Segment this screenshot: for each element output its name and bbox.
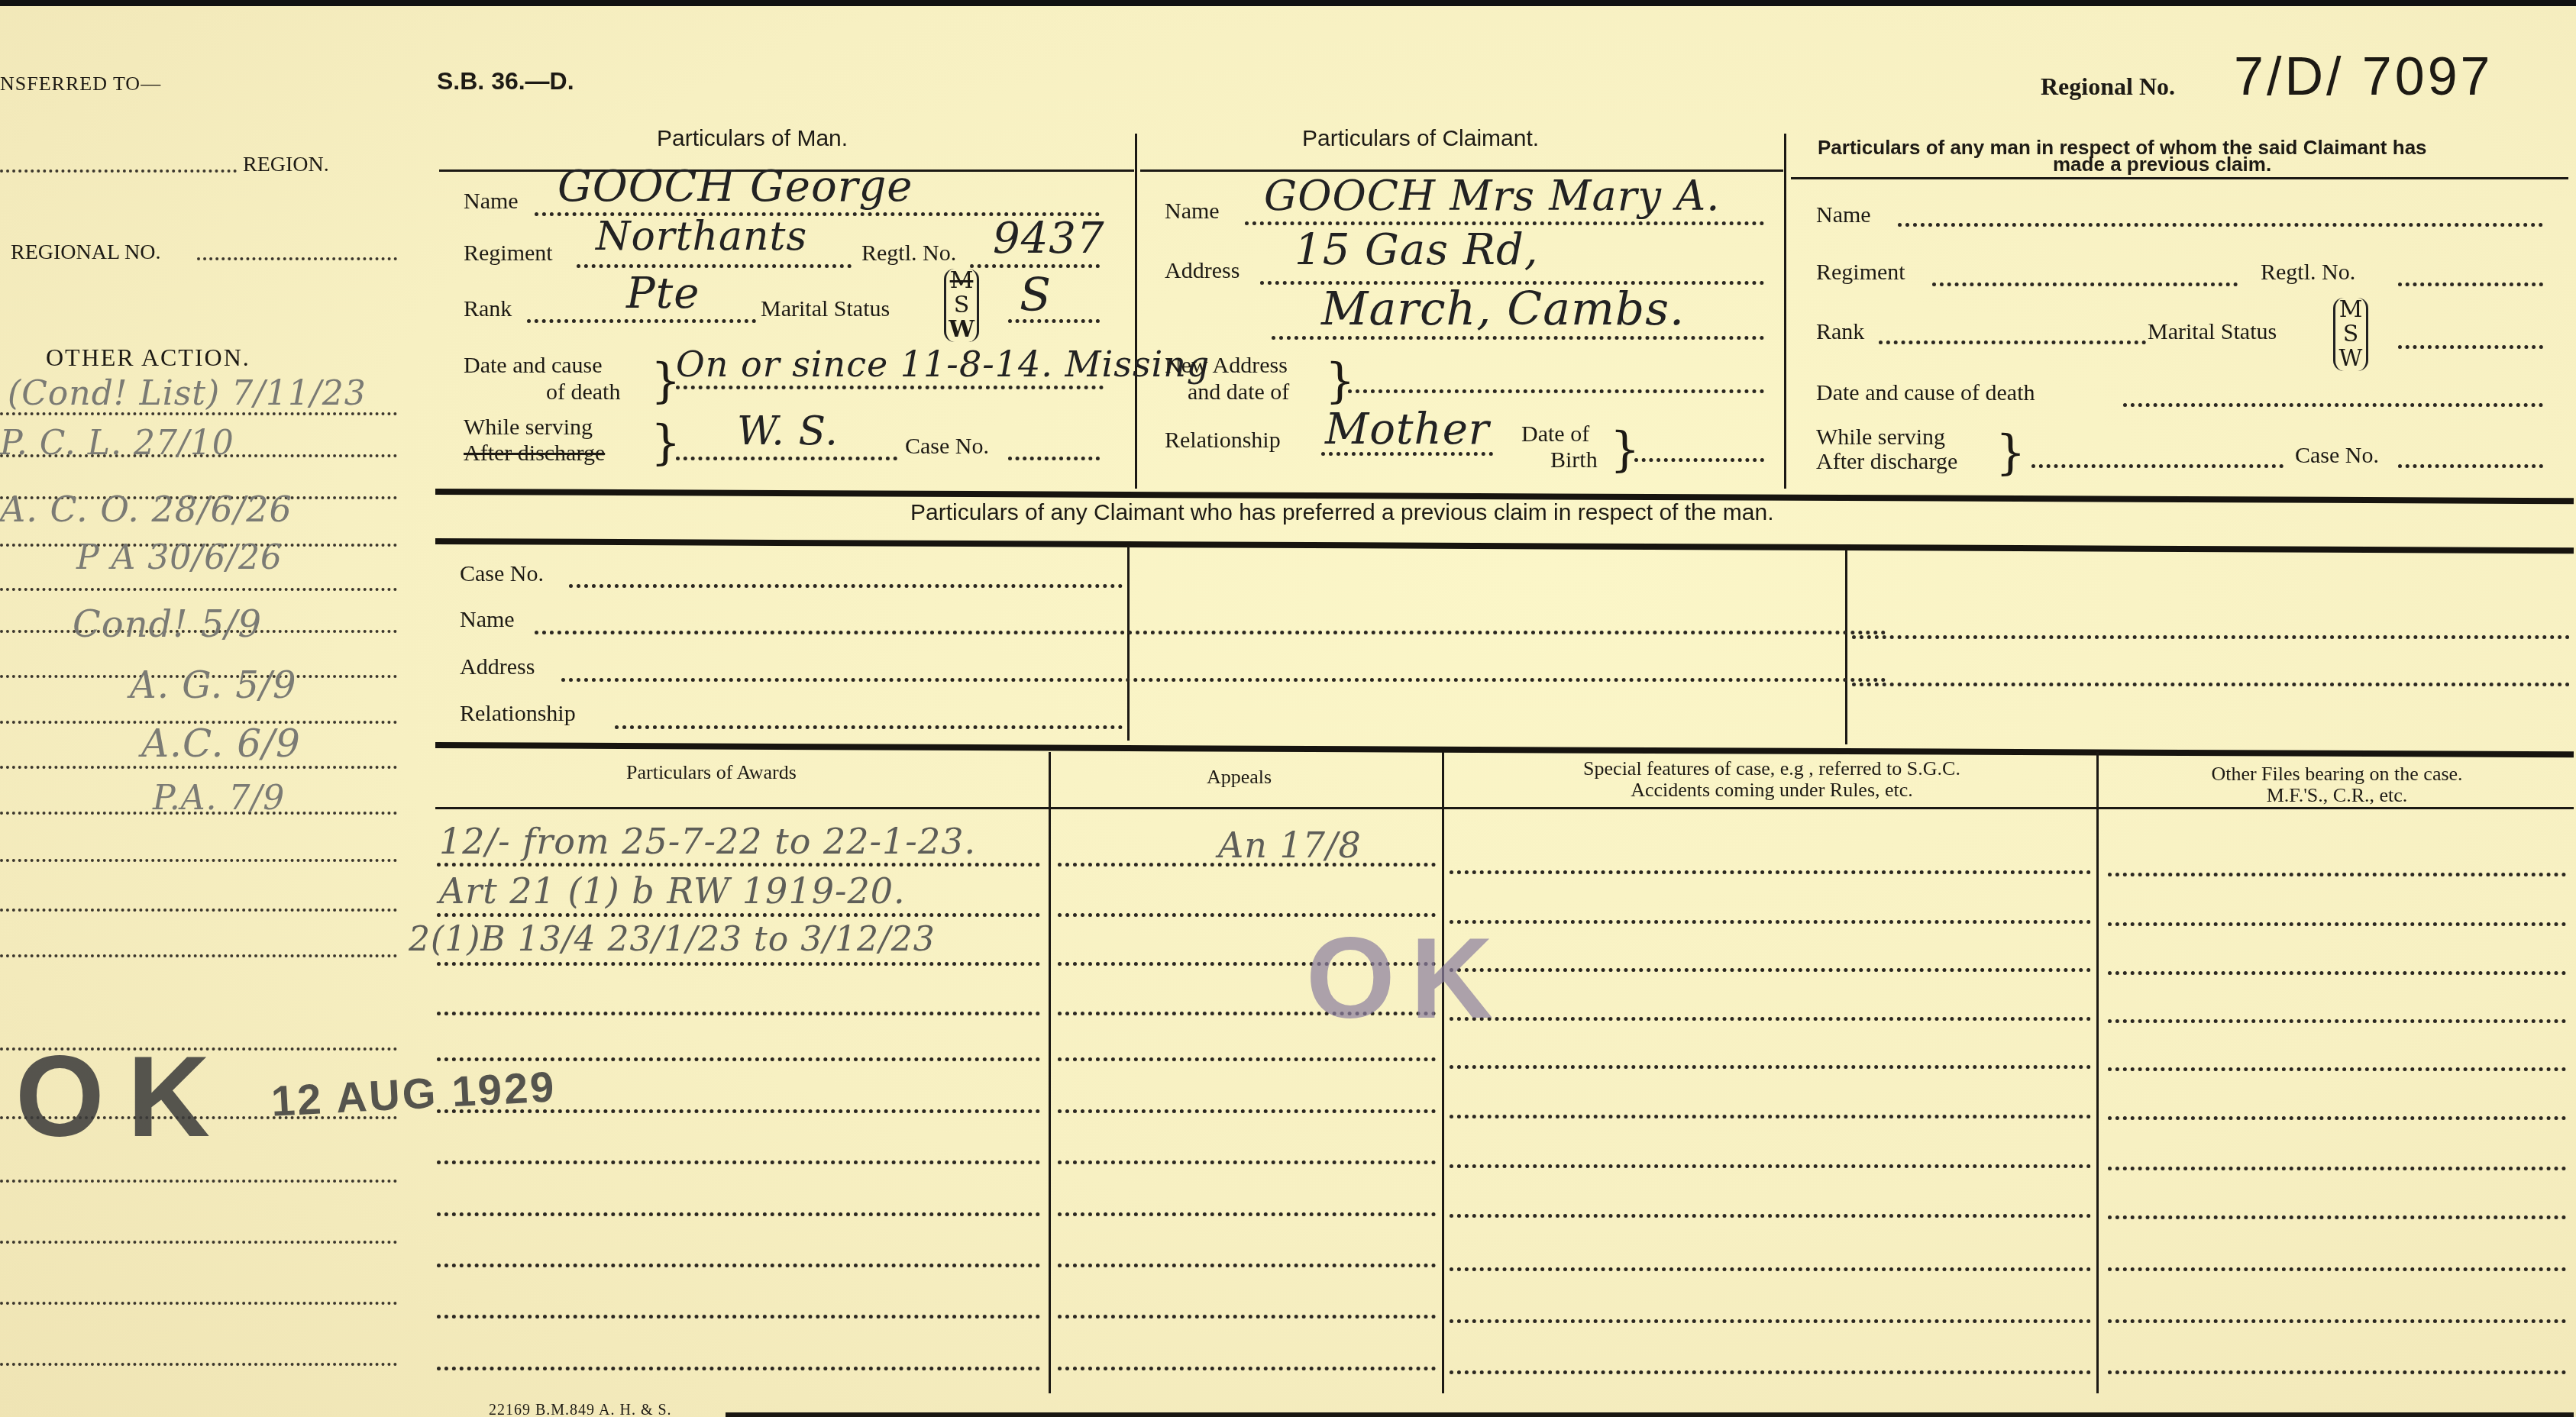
previous-man-rank-field <box>1879 341 2146 344</box>
previous-claimant-relationship-label: Relationship <box>460 701 576 727</box>
appeals-line <box>1058 1109 1436 1113</box>
previous-claimant-address-field-3 <box>1852 683 2570 686</box>
divider <box>1845 550 1847 744</box>
other-files-line <box>2108 1116 2566 1120</box>
divider <box>1784 134 1786 489</box>
marital-option-w: W <box>946 318 977 342</box>
marital-option-s: S <box>2335 322 2366 347</box>
special-line <box>1450 920 2091 924</box>
man-death-field <box>676 386 1104 389</box>
previous-claimant-header: Particulars of any Claimant who has pref… <box>910 500 1774 526</box>
claimant-address-field-2 <box>1272 336 1764 340</box>
man-death-label-1: Date and cause <box>464 353 603 379</box>
appeals-line <box>1058 1367 1436 1370</box>
region-label: REGION. <box>243 153 329 177</box>
previous-man-rank-label: Rank <box>1816 319 1864 345</box>
brace: } <box>1610 421 1640 477</box>
left-regional-no-label: REGIONAL NO. <box>11 240 161 265</box>
col-header-appeals: Appeals <box>1207 766 1272 789</box>
previous-man-regiment-field <box>1932 282 2238 286</box>
other-action-line <box>0 1302 397 1305</box>
previous-claimant-relationship-field <box>615 725 1123 729</box>
man-case-no-label: Case No. <box>905 434 989 460</box>
appeals-line <box>1058 1315 1436 1319</box>
other-action-entry: P. C. L. 27/10 <box>0 424 234 463</box>
previous-man-name-field <box>1898 223 2543 227</box>
man-regiment-value[interactable]: Northants <box>596 214 807 260</box>
rule <box>435 807 2574 809</box>
claimant-section-header: Particulars of Claimant. <box>1302 126 1539 152</box>
previous-claimant-address-field <box>561 678 1886 682</box>
awards-line <box>437 1212 1040 1216</box>
col-header-other-files: Other Files bearing on the case. M.F.'S.… <box>2104 763 2570 806</box>
previous-man-death-label: Date and cause of death <box>1816 380 2035 406</box>
previous-man-while-serving-label: While serving <box>1816 424 1945 450</box>
appeal-entry[interactable]: An 17/8 <box>1218 825 1362 866</box>
man-regtl-no-label: Regtl. No. <box>861 240 956 266</box>
awards-line <box>437 1315 1040 1319</box>
other-files-line <box>2108 1215 2566 1219</box>
marital-option-s: S <box>946 293 977 318</box>
other-action-line <box>0 859 397 862</box>
claimant-name-label: Name <box>1165 199 1220 224</box>
other-action-line <box>0 954 397 957</box>
column-divider <box>1049 752 1051 1393</box>
scan-edge <box>0 0 2576 6</box>
pension-record-card: NSFERRED TO— REGION. REGIONAL NO. OTHER … <box>0 0 2576 1417</box>
other-action-line <box>0 1363 397 1366</box>
rule <box>1791 177 2568 179</box>
other-action-entry: P A 30/6/26 <box>76 538 283 577</box>
man-marital-value[interactable]: S <box>1020 269 1052 322</box>
appeals-line <box>1058 1057 1436 1061</box>
awards-line <box>437 1367 1040 1370</box>
claimant-address-line2[interactable]: March, Cambs. <box>1321 282 1685 336</box>
other-action-line <box>0 909 397 912</box>
award-entry[interactable]: Art 21 (1) b RW 1919-20. <box>439 870 906 912</box>
man-death-value[interactable]: On or since 11-8-14. Missing <box>676 344 1210 385</box>
claimant-new-address-label-2: and date of <box>1188 379 1289 405</box>
man-marital-options: M S W <box>944 269 979 342</box>
other-files-line <box>2108 873 2566 876</box>
claimant-dob-label-2: Birth <box>1550 447 1598 473</box>
other-action-entry: A. G. 5/9 <box>130 664 297 707</box>
marital-option-w: W <box>2335 347 2366 371</box>
other-files-line <box>2108 1167 2566 1170</box>
previous-man-case-no-field <box>2398 464 2543 468</box>
man-while-serving-label: While serving <box>464 415 593 441</box>
claimant-new-address-label-1: New Address <box>1165 353 1288 379</box>
other-files-line <box>2108 1067 2566 1071</box>
other-action-entry: (Cond! List) 7/11/23 <box>8 374 367 413</box>
special-line <box>1450 1214 2091 1218</box>
printer-mark: 22169 B.M.849 A. H. & S. <box>489 1402 672 1417</box>
claimant-relationship-value[interactable]: Mother <box>1325 405 1490 454</box>
claimant-relationship-label: Relationship <box>1165 428 1281 454</box>
previous-man-after-discharge-label: After discharge <box>1816 449 1957 475</box>
awards-line <box>437 1264 1040 1267</box>
other-action-line <box>0 1180 397 1183</box>
other-action-line <box>0 1241 397 1244</box>
award-entry[interactable]: 2(1)B 13/4 23/1/23 to 3/12/23 <box>409 920 936 959</box>
previous-man-service-field <box>2031 464 2283 468</box>
marital-option-m: M <box>946 269 977 293</box>
other-action-line <box>0 766 397 769</box>
ok-stamp-left: OK <box>15 1031 233 1163</box>
previous-claimant-name-field <box>535 631 1886 634</box>
other-files-line <box>2108 922 2566 926</box>
previous-claimant-name-label: Name <box>460 607 515 633</box>
man-regtl-no-field <box>970 264 1100 268</box>
special-line <box>1450 1065 2091 1069</box>
special-line <box>1450 1017 2091 1021</box>
bottom-edge <box>726 1412 2574 1417</box>
man-case-no-field <box>1008 457 1100 460</box>
awards-line <box>437 863 1040 867</box>
other-action-label: OTHER ACTION. <box>46 344 250 372</box>
col-header-special-features: Special features of case, e.g , referred… <box>1451 758 2093 801</box>
awards-line <box>437 1160 1040 1164</box>
claimant-address-label: Address <box>1165 258 1240 284</box>
man-marital-label: Marital Status <box>761 296 890 322</box>
man-name-value[interactable]: GOOCH George <box>558 162 913 211</box>
previous-man-marital-label: Marital Status <box>2148 319 2277 345</box>
claimant-address-line1[interactable]: 15 Gas Rd, <box>1294 225 1539 275</box>
award-entry[interactable]: 12/- from 25-7-22 to 22-1-23. <box>439 821 976 862</box>
heavy-rule <box>435 538 2574 554</box>
previous-man-regiment-label: Regiment <box>1816 260 1905 286</box>
brace: } <box>1325 353 1355 408</box>
special-line <box>1450 870 2091 874</box>
column-divider <box>1442 752 1444 1393</box>
special-line <box>1450 1164 2091 1168</box>
other-action-line <box>0 588 397 591</box>
heavy-rule <box>435 742 2574 757</box>
man-regtl-no-value[interactable]: 9437 <box>993 214 1105 263</box>
special-line <box>1450 1370 2091 1374</box>
other-action-entry: P.A. 7/9 <box>153 779 285 818</box>
man-service-value[interactable]: W. S. <box>737 408 839 454</box>
special-line <box>1450 968 2091 972</box>
other-action-entry: A.C. 6/9 <box>141 721 301 766</box>
other-files-line <box>2108 1267 2566 1271</box>
previous-man-marital-options: M S W <box>2333 298 2368 371</box>
man-regiment-field <box>577 264 852 268</box>
awards-line <box>437 962 1040 966</box>
regional-no-value: 7/D/ 7097 <box>2234 46 2494 107</box>
man-rank-field <box>527 319 756 323</box>
previous-claimant-case-no-label: Case No. <box>460 561 544 587</box>
other-files-line <box>2108 1019 2566 1023</box>
special-line <box>1450 1267 2091 1271</box>
divider <box>1127 546 1130 741</box>
man-rank-label: Rank <box>464 296 512 322</box>
previous-man-regtl-no-label: Regtl. No. <box>2261 260 2355 286</box>
other-files-line <box>2108 1319 2566 1323</box>
region-field <box>0 169 237 173</box>
previous-man-case-no-label: Case No. <box>2295 443 2379 469</box>
claimant-dob-label-1: Date of <box>1521 421 1589 447</box>
other-action-entry: Cond! 5/9 <box>73 603 262 646</box>
form-code: S.B. 36.—D. <box>437 67 574 95</box>
special-line <box>1450 1115 2091 1118</box>
column-divider <box>2096 752 2099 1393</box>
divider <box>1135 134 1137 489</box>
date-stamp: 12 AUG 1929 <box>270 1061 558 1125</box>
appeals-line <box>1058 1264 1436 1267</box>
awards-line <box>437 913 1040 917</box>
appeals-line <box>1058 1160 1436 1164</box>
marital-option-m: M <box>2335 298 2366 322</box>
awards-line <box>437 1109 1040 1113</box>
previous-claimant-name-field-3 <box>1852 635 2570 639</box>
awards-line <box>437 1012 1040 1015</box>
man-death-label-2: of death <box>546 379 620 405</box>
previous-claimant-address-label: Address <box>460 654 535 680</box>
regional-no-label: Regional No. <box>2041 73 2175 101</box>
ok-stamp-purple: OK <box>1306 912 1508 1044</box>
appeals-line <box>1058 1212 1436 1216</box>
awards-line <box>437 1057 1040 1061</box>
claimant-dob-field <box>1634 458 1764 462</box>
previous-man-name-label: Name <box>1816 202 1871 228</box>
man-name-label: Name <box>464 189 519 215</box>
man-section-header: Particulars of Man. <box>657 126 848 152</box>
col-header-awards: Particulars of Awards <box>626 761 797 784</box>
other-action-entry: A. C. O. 28/6/26 <box>0 489 293 530</box>
previous-man-marital-field <box>2398 345 2543 349</box>
man-rank-value[interactable]: Pte <box>626 269 700 318</box>
special-line <box>1450 1319 2091 1323</box>
previous-man-header-2: made a previous claim. <box>2053 153 2271 176</box>
brace: } <box>651 415 680 470</box>
left-regional-no-field <box>197 257 397 260</box>
claimant-name-value[interactable]: GOOCH Mrs Mary A. <box>1264 172 1720 220</box>
man-after-discharge-label: After discharge <box>464 441 605 466</box>
previous-man-death-field <box>2123 403 2543 407</box>
previous-claimant-case-no-field <box>569 584 1123 588</box>
man-regiment-label: Regiment <box>464 240 553 266</box>
brace: } <box>1996 424 2025 480</box>
previous-man-regtl-no-field <box>2398 282 2543 286</box>
transferred-to-label: NSFERRED TO— <box>0 73 161 95</box>
claimant-new-address-field <box>1348 389 1764 393</box>
other-files-line <box>2108 1370 2566 1374</box>
man-service-field <box>676 457 897 460</box>
other-files-line <box>2108 971 2566 975</box>
